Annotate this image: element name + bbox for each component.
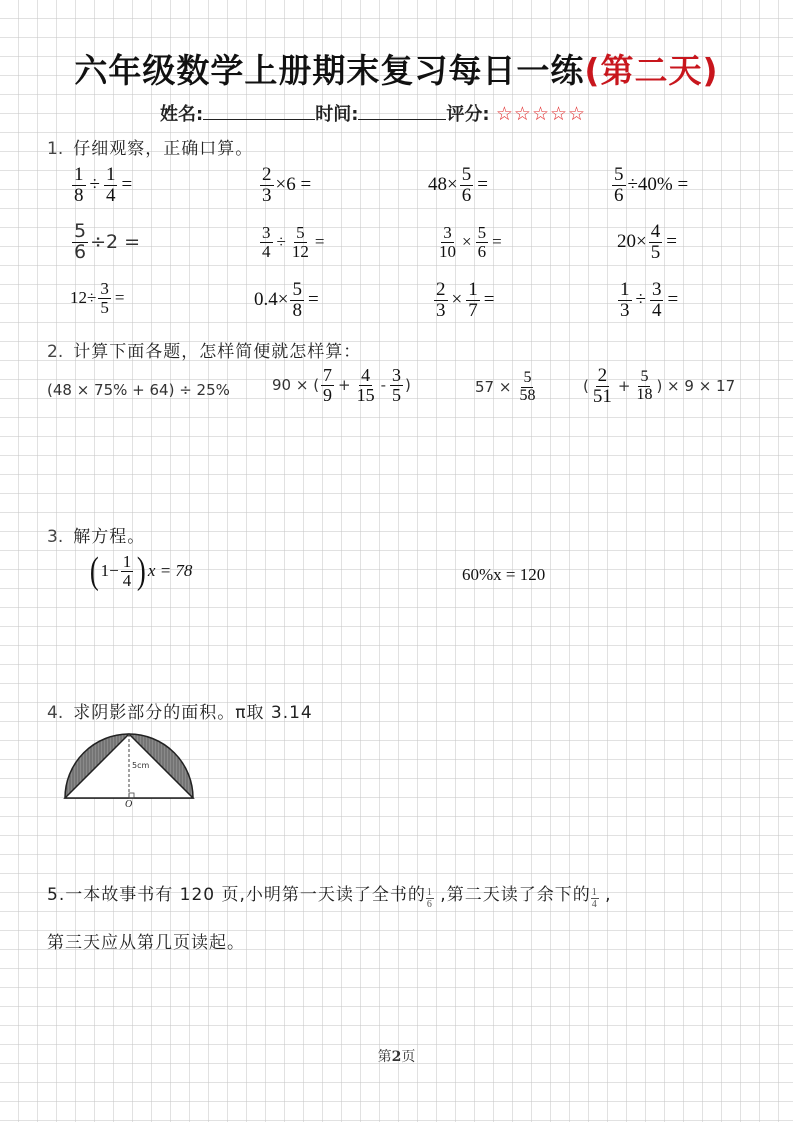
time-blank[interactable]: [358, 103, 446, 120]
q1-item-12: 13÷34=: [616, 280, 680, 321]
q1-item-10: 0.4×58=: [254, 280, 321, 321]
q2-heading: 2.计算下面各题，怎样简便就怎样算：: [47, 337, 361, 362]
q5-text-c: ,: [599, 885, 612, 905]
q5-frac-2: 14: [591, 887, 599, 910]
q1-heading-text: 仔细观察，正确口算。: [73, 139, 253, 159]
title-day: (第二天): [584, 51, 718, 90]
q1-item-9: 12÷35=: [70, 280, 126, 317]
q1-item-4: 56÷40% =: [610, 165, 688, 206]
center-label: O: [125, 799, 132, 808]
q5-line-2: 第三天应从第几页读起。: [47, 928, 245, 953]
q2-item-2: 90 × ( 79 + 415 - 35 ): [272, 366, 411, 405]
q3-heading: 3.解方程。: [47, 522, 145, 547]
name-blank[interactable]: [203, 103, 315, 120]
q2-item-4: ( 251 + 518 ) × 9 × 17: [583, 366, 735, 407]
q1-item-5: 56÷2 =: [70, 222, 140, 263]
page-number: 第2页: [0, 1046, 793, 1066]
q1-item-8: 20×45=: [617, 222, 679, 263]
title-main: 六年级数学上册期末复习每日一练: [74, 51, 584, 90]
q3-heading-text: 解方程。: [73, 527, 145, 547]
score-stars-icon[interactable]: ☆☆☆☆☆: [496, 103, 586, 125]
q2-number: 2.: [47, 342, 63, 362]
q5-line-1: 5.一本故事书有 120 页,小明第一天读了全书的16 ,第二天读了余下的14 …: [47, 880, 612, 910]
page-title: 六年级数学上册期末复习每日一练(第二天): [0, 45, 793, 92]
q4-number: 4.: [47, 703, 63, 723]
q5-text-a: .一本故事书有 120 页,小明第一天读了全书的: [59, 885, 426, 905]
q1-item-3: 48×56=: [428, 165, 490, 206]
q5-frac-1: 16: [426, 887, 434, 910]
q2-item-3: 57 × 558: [475, 370, 539, 405]
student-info-line: 姓名:时间:评分: ☆☆☆☆☆: [160, 100, 586, 126]
height-label: 5cm: [132, 761, 149, 770]
semicircle-figure: 5cm O: [60, 722, 200, 808]
q3-equation-1: (1−14)x = 78: [88, 552, 192, 590]
q1-number: 1.: [47, 139, 63, 159]
q1-item-1: 18÷14=: [70, 165, 134, 206]
q4-heading-text: 求阴影部分的面积。: [73, 703, 235, 723]
time-label: 时间:: [315, 104, 358, 125]
q1-item-2: 23×6 =: [258, 165, 311, 206]
q2-item-1: (48 × 75% + 64) ÷ 25%: [47, 381, 230, 399]
q5-text-b: ,第二天读了余下的: [434, 885, 591, 905]
q2-heading-text: 计算下面各题，怎样简便就怎样算：: [73, 342, 361, 362]
q1-item-7: 310×56=: [435, 224, 504, 261]
q5-number: 5: [47, 885, 59, 905]
pi-note: π取 3.14: [235, 703, 313, 723]
q3-number: 3.: [47, 527, 63, 547]
q1-item-11: 23×17=: [432, 280, 496, 321]
q4-heading: 4.求阴影部分的面积。π取 3.14: [47, 698, 313, 723]
q1-heading: 1.仔细观察，正确口算。: [47, 134, 253, 159]
name-label: 姓名:: [160, 104, 203, 125]
score-label: 评分:: [446, 104, 489, 125]
q3-equation-2: 60%x = 120: [462, 565, 545, 585]
q1-item-6: 34÷512=: [258, 224, 326, 261]
